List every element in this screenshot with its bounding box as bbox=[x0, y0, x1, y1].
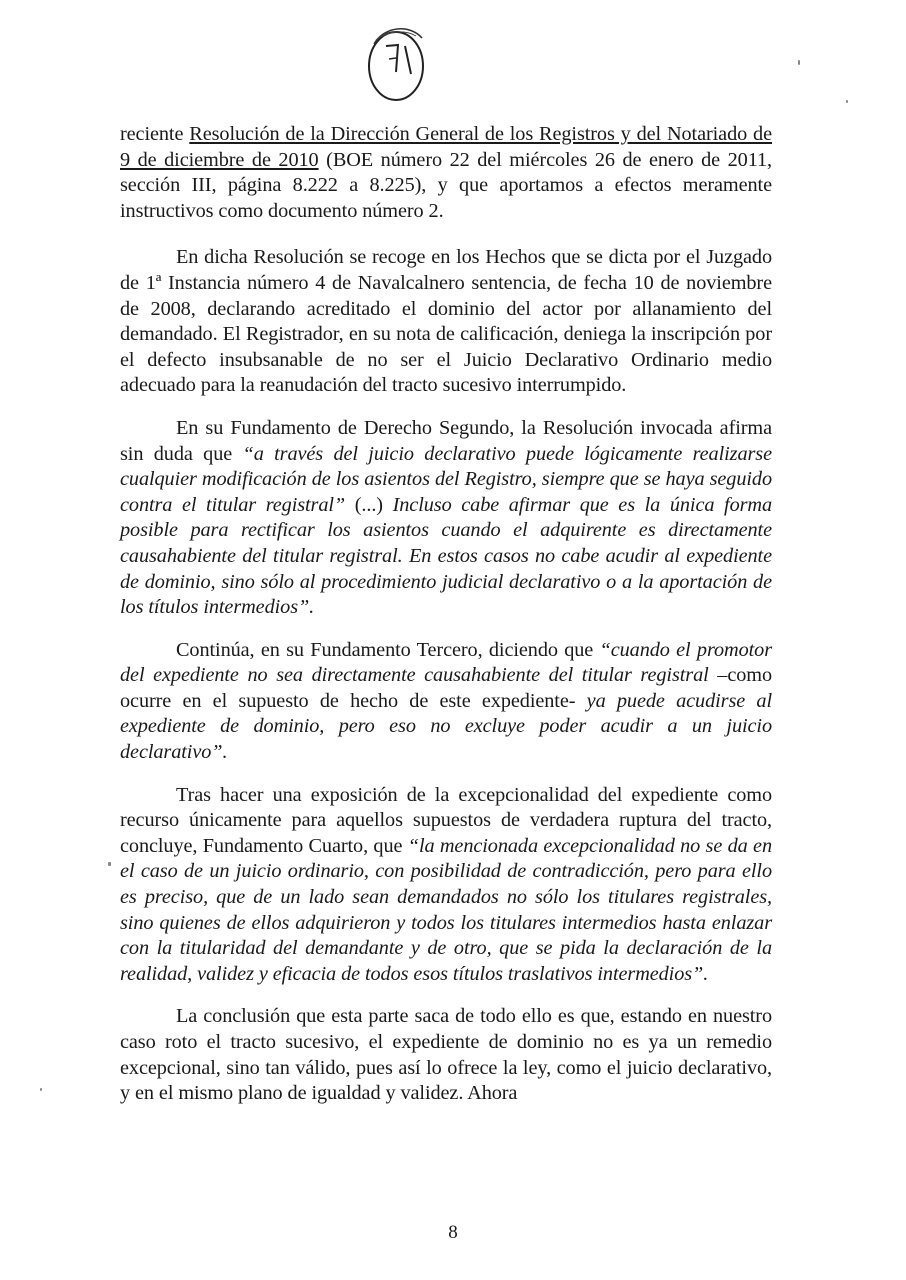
paragraph-fundamento-cuarto: Tras hacer una exposición de la excepcio… bbox=[120, 783, 772, 988]
handwritten-circle-stamp-icon bbox=[360, 18, 432, 106]
scan-speck bbox=[846, 100, 848, 103]
text-segment: Continúa, en su Fundamento Tercero, dici… bbox=[176, 639, 600, 661]
paragraph-conclusion: La conclusión que esta parte saca de tod… bbox=[120, 1004, 772, 1106]
document-page: reciente Resolución de la Dirección Gene… bbox=[120, 122, 772, 1107]
paragraph-fundamento-tercero: Continúa, en su Fundamento Tercero, dici… bbox=[120, 638, 772, 766]
scan-speck bbox=[798, 60, 800, 65]
stamp-circle-icon bbox=[360, 18, 432, 106]
text-segment: En dicha Resolución se recoge en los Hec… bbox=[120, 246, 772, 396]
text-segment: reciente bbox=[120, 123, 189, 145]
scan-speck bbox=[40, 1088, 42, 1091]
paragraph-resolution-reference: reciente Resolución de la Dirección Gene… bbox=[120, 122, 772, 224]
paragraph-hechos: En dicha Resolución se recoge en los Hec… bbox=[120, 245, 772, 399]
paragraph-fundamento-segundo: En su Fundamento de Derecho Segundo, la … bbox=[120, 416, 772, 621]
italic-quote: “la mencionada excepcionalidad no se da … bbox=[120, 835, 772, 985]
page-number: 8 bbox=[0, 1222, 906, 1244]
text-segment: (...) bbox=[345, 494, 393, 516]
scan-speck bbox=[108, 862, 111, 866]
text-segment: La conclusión que esta parte saca de tod… bbox=[120, 1005, 772, 1104]
